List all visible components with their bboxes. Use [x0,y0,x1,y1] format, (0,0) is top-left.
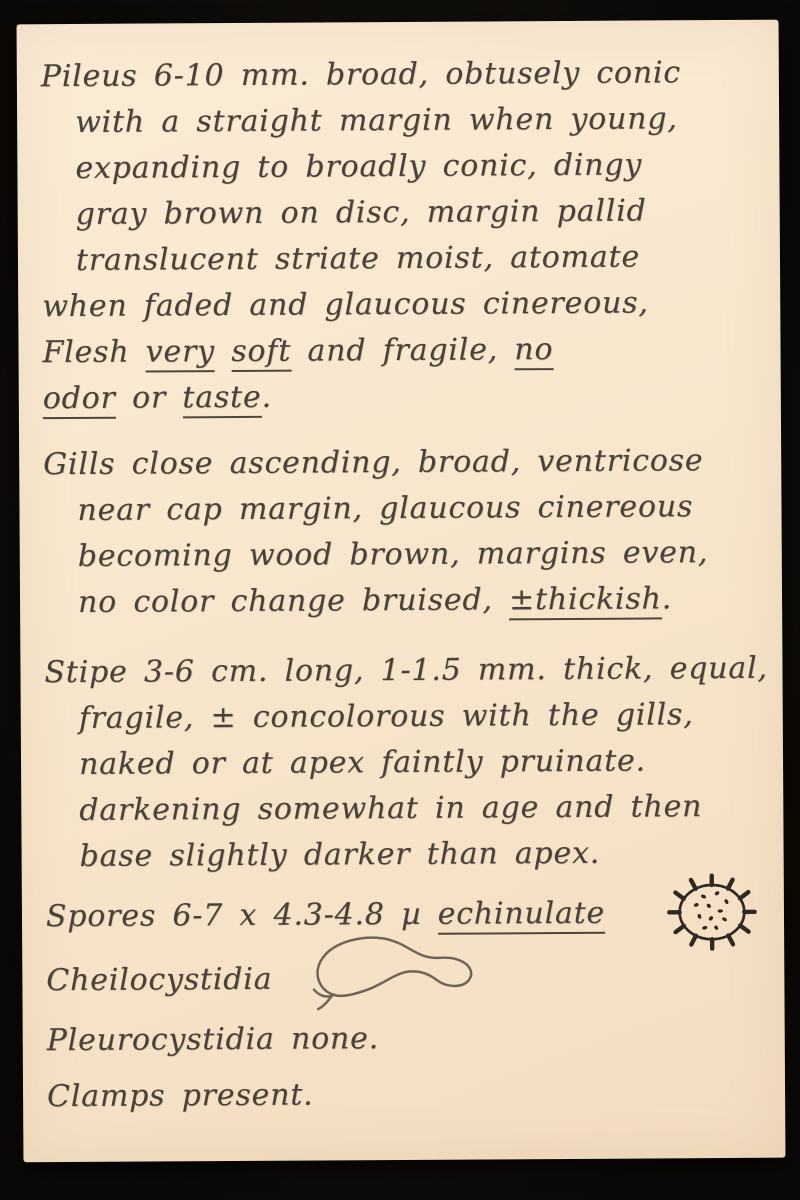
text-segment: translucent striate moist, atomate [76,240,640,278]
underlined-text: odor [43,381,116,419]
handwritten-line: Cheilocystidia [46,954,770,1004]
paragraph-pleurocystidia: Pleurocystidia none. [47,1014,771,1064]
text-segment: when faded and glaucous cinereous, [42,285,649,324]
text-segment: Flesh [42,335,145,371]
paragraph-cheilocystidia: Cheilocystidia [46,954,770,1004]
underlined-text: ±thickish [509,581,662,620]
text-segment: and fragile, [291,332,514,368]
cystidium-sketch-drawing [298,925,495,1014]
underlined-text: taste [182,380,261,418]
handwritten-line: odor or taste. [43,372,767,422]
handwritten-line: no color change bruised, ±thickish. [78,576,768,626]
text-segment: or [116,380,183,415]
handwritten-line: Flesh very soft and fragile, no [42,326,766,376]
text-segment: darkening somewhat in age and then [79,789,702,828]
underlined-text: very [146,334,215,372]
text-segment: Pleurocystidia none. [47,1021,379,1058]
handwritten-line: near cap margin, glaucous cinereous [77,484,767,534]
handwritten-line: Clamps present. [47,1070,771,1120]
underlined-text: no [514,332,553,370]
text-segment: Cheilocystidia [46,962,272,998]
text-segment: fragile, ± concolorous with the gills, [79,697,694,736]
paragraph-gills: Gills close ascending, broad, ventricose… [43,438,768,626]
text-segment: naked or at apex faintly pruinate. [79,744,646,782]
text-segment: Pileus 6-10 mm. broad, obtusely conic [41,55,681,94]
text-segment: near cap margin, glaucous cinereous [77,489,693,528]
note-card: Pileus 6-10 mm. broad, obtusely conicwit… [17,20,786,1163]
text-segment [215,334,232,369]
text-segment: Stipe 3-6 cm. long, 1-1.5 mm. thick, equ… [44,651,767,690]
text-segment: no color change bruised, [78,582,509,620]
text-segment: gray brown on disc, margin pallid [76,193,647,231]
text-segment: expanding to broadly conic, dingy [75,148,642,186]
paragraph-pileus: Pileus 6-10 mm. broad, obtusely conicwit… [41,50,767,422]
text-segment: Clamps present. [47,1078,314,1115]
paragraph-clamps: Clamps present. [47,1070,771,1120]
paragraph-stipe: Stipe 3-6 cm. long, 1-1.5 mm. thick, equ… [44,646,769,880]
handwritten-line: translucent striate moist, atomate [76,234,766,284]
underlined-text: soft [231,334,291,372]
handwritten-line: Gills close ascending, broad, ventricose [43,438,767,488]
text-segment: with a straight margin when young, [75,101,678,140]
handwritten-line: naked or at apex faintly pruinate. [79,738,769,788]
text-segment: . [261,380,272,415]
handwritten-line: with a straight margin when young, [75,96,765,146]
text-segment: . [662,581,673,616]
handwritten-line: expanding to broadly conic, dingy [75,142,765,192]
handwritten-line: when faded and glaucous cinereous, [42,280,766,330]
handwritten-line: Pileus 6-10 mm. broad, obtusely conic [41,50,765,100]
handwritten-line: Pleurocystidia none. [47,1014,771,1064]
text-segment: Gills close ascending, broad, ventricose [43,443,703,482]
handwritten-line: fragile, ± concolorous with the gills, [79,692,769,742]
handwritten-line: becoming wood brown, margins even, [78,530,768,580]
text-segment: becoming wood brown, margins even, [78,535,709,574]
handwritten-line: Stipe 3-6 cm. long, 1-1.5 mm. thick, equ… [44,646,768,696]
spore-sketch-drawing [662,868,763,957]
handwritten-line: darkening somewhat in age and then [79,784,769,834]
handwritten-line: gray brown on disc, margin pallid [76,188,766,238]
photo-background: { "colors": { "background": "#17130f", "… [0,0,800,1200]
text-segment: base slightly darker than apex. [80,836,601,874]
